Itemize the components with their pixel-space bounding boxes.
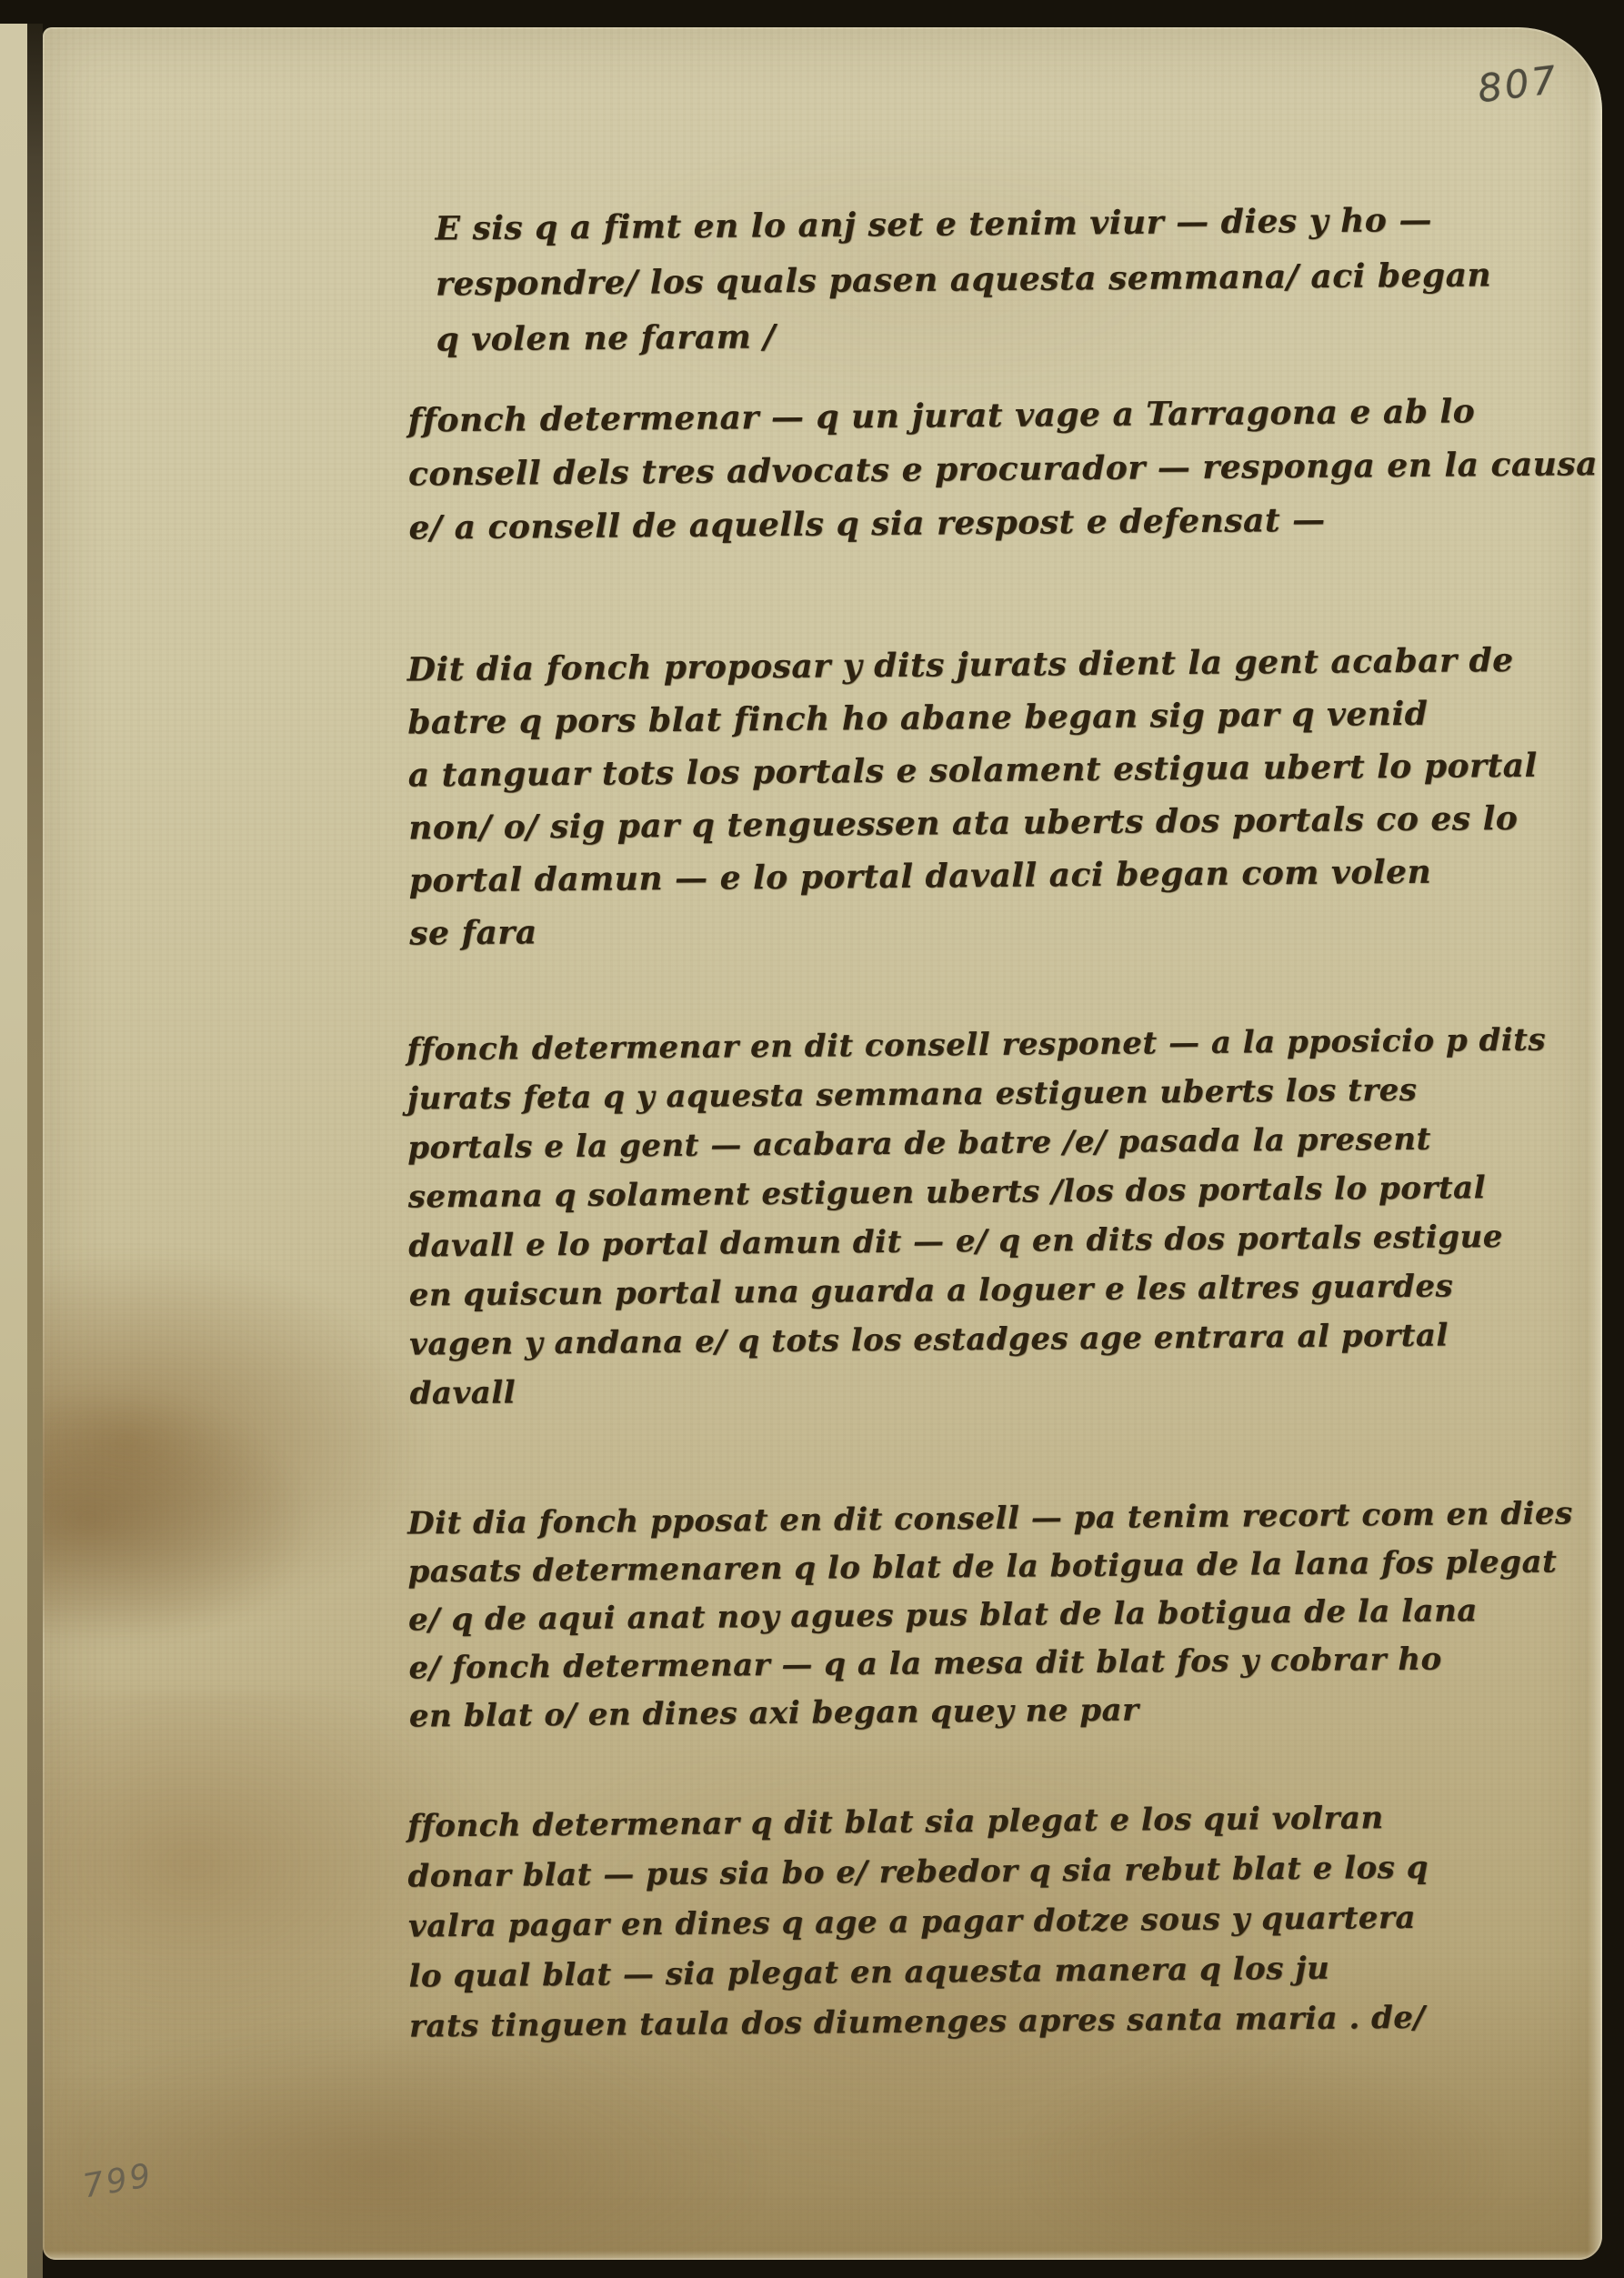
- manuscript-paragraph-1: E sis q a fimt en lo anj set e tenim viu…: [435, 191, 1591, 367]
- manuscript-paragraph-5: Dit dia fonch pposat en dit consell — pa…: [407, 1490, 1564, 1741]
- manuscript-line: q volen ne faram /: [436, 302, 1590, 367]
- binding-gutter-shadow: [27, 24, 43, 2278]
- manuscript-line: portal damun — e lo portal davall aci be…: [409, 844, 1564, 907]
- folio-number-bottom: 799: [80, 2157, 156, 2206]
- manuscript-paragraph-3: Dit dia fonch proposar y dits jurats die…: [407, 633, 1565, 959]
- manuscript-line: consell dels tres advocats e procurador …: [408, 437, 1563, 501]
- manuscript-line: vagen y andana e/ q tots los estadges ag…: [409, 1310, 1564, 1369]
- paper-stain: [70, 2028, 761, 2260]
- manuscript-line: en blat o/ en dines axi began quey ne pa…: [409, 1682, 1564, 1741]
- paper-stain: [1025, 2055, 1498, 2260]
- paper-stain: [43, 1246, 434, 1637]
- manuscript-scan: 807 E sis q a fimt en lo anj set e tenim…: [0, 0, 1624, 2278]
- folio-number-top: 807: [1475, 57, 1560, 112]
- manuscript-line: E sis q a fimt en lo anj set e tenim viu…: [435, 191, 1589, 256]
- manuscript-paragraph-4: ffonch determenar en dit consell respone…: [406, 1015, 1565, 1418]
- manuscript-line: davall: [409, 1359, 1564, 1418]
- manuscript-line: e/ a consell de aquells q sia respost e …: [408, 491, 1563, 555]
- manuscript-line: e/ fonch determenar — q a la mesa dit bl…: [408, 1634, 1563, 1692]
- manuscript-line: se fara: [409, 897, 1564, 959]
- manuscript-paragraph-2: ffonch determenar — q un jurat vage a Ta…: [407, 384, 1563, 555]
- manuscript-line: ffonch determenar — q un jurat vage a Ta…: [407, 384, 1562, 447]
- deckle-edge-right: [1588, 27, 1602, 2260]
- manuscript-line: respondre/ los quals pasen aquesta semma…: [436, 246, 1590, 312]
- manuscript-page: 807 E sis q a fimt en lo anj set e tenim…: [43, 27, 1602, 2260]
- paper-stain: [43, 1391, 306, 1646]
- manuscript-paragraph-6: ffonch determenar q dit blat sia plegat …: [407, 1791, 1564, 2052]
- manuscript-line: valra pagar en dines q age a pagar dotze…: [408, 1892, 1563, 1952]
- deckle-edge-bottom: [43, 2251, 1602, 2260]
- facing-page-edge: [0, 24, 27, 2278]
- manuscript-line: rats tinguen taula dos diumenges apres s…: [409, 1992, 1564, 2052]
